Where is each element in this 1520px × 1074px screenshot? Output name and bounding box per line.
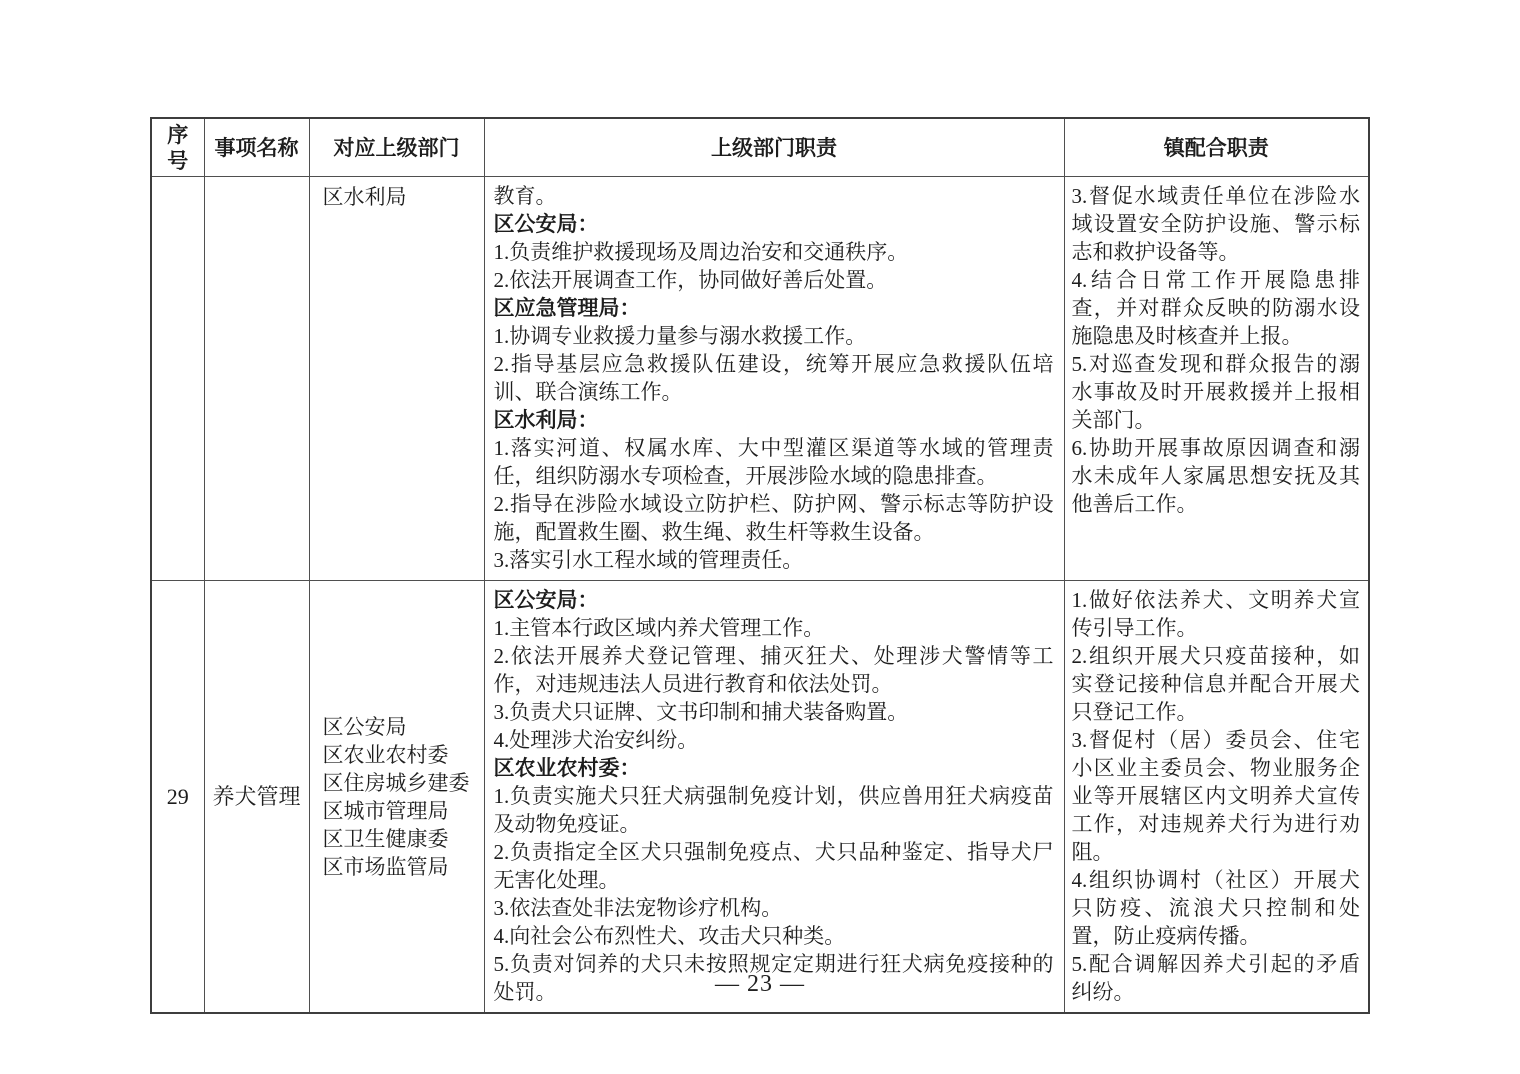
duty-paragraph: 2.依法开展养犬登记管理、捕灭狂犬、处理涉犬警情等工作，对违规违法人员进行教育和… (494, 642, 1054, 698)
duty-paragraph: 2.组织开展犬只疫苗接种，如实登记接种信息并配合开展犬只登记工作。 (1072, 642, 1361, 726)
duty-paragraph: 1.主管本行政区域内养犬管理工作。 (494, 614, 1054, 642)
superior-duties-cell: 教育。区公安局：1.负责维护救援现场及周边治安和交通秩序。2.依法开展调查工作，… (484, 177, 1064, 581)
item-name-cell (204, 177, 309, 581)
seq-cell: 29 (151, 581, 204, 1014)
duty-paragraph: 区公安局： (494, 586, 1054, 614)
duty-paragraph: 1.协调专业救援力量参与溺水救援工作。 (494, 322, 1054, 350)
duty-paragraph: 区农业农村委： (494, 754, 1054, 782)
item-name-cell: 养犬管理 (204, 581, 309, 1014)
table-header-item-name: 事项名称 (204, 118, 309, 177)
duty-paragraph: 5.对巡查发现和群众报告的溺水事故及时开展救援并上报相关部门。 (1072, 350, 1361, 434)
departments-cell: 区水利局 (309, 177, 484, 581)
department-name: 区公安局 (323, 713, 480, 741)
duty-paragraph: 1.落实河道、权属水库、大中型灌区渠道等水域的管理责任，组织防溺水专项检查，开展… (494, 434, 1054, 490)
town-duties-cell: 1.做好依法养犬、文明养犬宣传引导工作。2.组织开展犬只疫苗接种，如实登记接种信… (1064, 581, 1369, 1014)
duty-paragraph: 4.处理涉犬治安纠纷。 (494, 726, 1054, 754)
table-row: 区水利局 教育。区公安局：1.负责维护救援现场及周边治安和交通秩序。2.依法开展… (151, 177, 1369, 581)
department-name: 区住房城乡建委 (323, 769, 480, 797)
table-row: 29 养犬管理 区公安局区农业农村委区住房城乡建委区城市管理局区卫生健康委区市场… (151, 581, 1369, 1014)
town-duties-cell: 3.督促水域责任单位在涉险水域设置安全防护设施、警示标志和救护设备等。4.结合日… (1064, 177, 1369, 581)
duty-paragraph: 区应急管理局： (494, 294, 1054, 322)
duty-paragraph: 3.落实引水工程水域的管理责任。 (494, 546, 1054, 574)
departments-cell: 区公安局区农业农村委区住房城乡建委区城市管理局区卫生健康委区市场监管局 (309, 581, 484, 1014)
duty-paragraph: 区水利局： (494, 406, 1054, 434)
duty-paragraph: 4.组织协调村（社区）开展犬只防疫、流浪犬只控制和处置，防止疫病传播。 (1072, 866, 1361, 950)
duty-paragraph: 2.依法开展调查工作，协同做好善后处置。 (494, 266, 1054, 294)
department-name: 区城市管理局 (323, 797, 480, 825)
duty-paragraph: 4.向社会公布烈性犬、攻击犬只种类。 (494, 922, 1054, 950)
department-name: 区水利局 (323, 183, 480, 211)
duty-paragraph: 1.做好依法养犬、文明养犬宣传引导工作。 (1072, 586, 1361, 642)
department-name: 区农业农村委 (323, 741, 480, 769)
page-number: — 23 — (0, 971, 1520, 998)
department-name: 区市场监管局 (323, 853, 480, 881)
table-header-seq: 序号 (151, 118, 204, 177)
table-header-seq-label: 序号 (166, 122, 190, 174)
duty-paragraph: 2.指导基层应急救援队伍建设，统筹开展应急救援队伍培训、联合演练工作。 (494, 350, 1054, 406)
duty-paragraph: 6.协助开展事故原因调查和溺水未成年人家属思想安抚及其他善后工作。 (1072, 434, 1361, 518)
duty-paragraph: 教育。 (494, 182, 1054, 210)
duty-paragraph: 区公安局： (494, 210, 1054, 238)
duty-paragraph: 2.负责指定全区犬只强制免疫点、犬只品种鉴定、指导犬尸无害化处理。 (494, 838, 1054, 894)
table-header-town-duties: 镇配合职责 (1064, 118, 1369, 177)
department-name: 区卫生健康委 (323, 825, 480, 853)
duty-paragraph: 3.督促村（居）委员会、住宅小区业主委员会、物业服务企业等开展辖区内文明养犬宣传… (1072, 726, 1361, 866)
table-header-departments: 对应上级部门 (309, 118, 484, 177)
table-header-superior-duties: 上级部门职责 (484, 118, 1064, 177)
duty-paragraph: 2.指导在涉险水域设立防护栏、防护网、警示标志等防护设施，配置救生圈、救生绳、救… (494, 490, 1054, 546)
seq-cell (151, 177, 204, 581)
responsibility-table: 序号 事项名称 对应上级部门 上级部门职责 镇配合职责 区水利局 教育。区公安局… (150, 117, 1370, 1014)
duty-paragraph: 1.负责维护救援现场及周边治安和交通秩序。 (494, 238, 1054, 266)
document-page: 序号 事项名称 对应上级部门 上级部门职责 镇配合职责 区水利局 教育。区公安局… (0, 0, 1520, 1074)
duty-paragraph: 4.结合日常工作开展隐患排查，并对群众反映的防溺水设施隐患及时核查并上报。 (1072, 266, 1361, 350)
duty-paragraph: 3.负责犬只证牌、文书印制和捕犬装备购置。 (494, 698, 1054, 726)
duty-paragraph: 3.依法查处非法宠物诊疗机构。 (494, 894, 1054, 922)
superior-duties-cell: 区公安局：1.主管本行政区域内养犬管理工作。2.依法开展养犬登记管理、捕灭狂犬、… (484, 581, 1064, 1014)
table-header-row: 序号 事项名称 对应上级部门 上级部门职责 镇配合职责 (151, 118, 1369, 177)
duty-paragraph: 3.督促水域责任单位在涉险水域设置安全防护设施、警示标志和救护设备等。 (1072, 182, 1361, 266)
duty-paragraph: 1.负责实施犬只狂犬病强制免疫计划，供应兽用狂犬病疫苗及动物免疫证。 (494, 782, 1054, 838)
